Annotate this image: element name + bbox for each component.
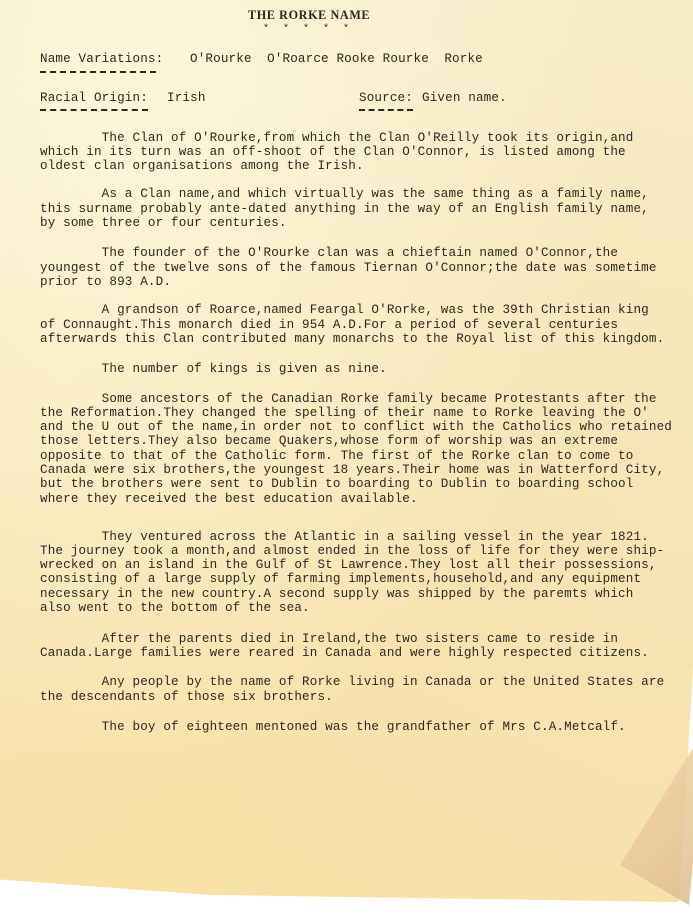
- paragraph-line: the Reformation.They changed the spellin…: [40, 406, 649, 421]
- racial-origin-value: Irish: [167, 91, 206, 106]
- source-underline: [359, 109, 413, 111]
- racial-origin-label: Racial Origin:: [40, 91, 148, 106]
- paragraph-line: necessary in the new country.A second su…: [40, 587, 633, 602]
- paragraph-line: The boy of eighteen mentoned was the gra…: [40, 720, 626, 735]
- paragraph-line: A grandson of Roarce,named Feargal O'Ror…: [40, 303, 649, 318]
- paragraph-line: those letters.They also became Quakers,w…: [40, 434, 618, 449]
- paragraph-line: Canada.Large families were reared in Can…: [40, 646, 649, 661]
- paragraph-line: The journey took a month,and almost ende…: [40, 544, 664, 559]
- paragraph-line: and the U out of the name,in order not t…: [40, 420, 672, 435]
- paragraph-line: Some ancestors of the Canadian Rorke fam…: [40, 392, 657, 407]
- paragraph-line: but the brothers were sent to Dublin to …: [40, 477, 633, 492]
- paragraph-line: this surname probably ante-dated anythin…: [40, 202, 649, 217]
- paragraph-line: consisting of a large supply of farming …: [40, 572, 641, 587]
- paragraph-line: afterwards this Clan contributed many mo…: [40, 332, 664, 347]
- document-title: THE RORKE NAME: [248, 8, 370, 23]
- name-variations-underline: [40, 71, 156, 73]
- paragraph-line: opposite to that of the Catholic form. T…: [40, 449, 633, 464]
- paragraph-line: the descendants of those six brothers.: [40, 690, 333, 705]
- paragraph-line: The Clan of O'Rourke,from which the Clan…: [40, 131, 633, 146]
- source-label: Source:: [359, 91, 413, 106]
- source-value: Given name.: [422, 91, 507, 106]
- paragraph-line: The founder of the O'Rourke clan was a c…: [40, 246, 618, 261]
- paragraph-line: by some three or four centuries.: [40, 216, 287, 231]
- paragraph-line: Any people by the name of Rorke living i…: [40, 675, 664, 690]
- paragraph-line: The number of kings is given as nine.: [40, 362, 387, 377]
- paragraph-line: also went to the bottom of the sea.: [40, 601, 310, 616]
- paragraph-line: which in its turn was an off-shoot of th…: [40, 145, 626, 160]
- paragraph-line: youngest of the twelve sons of the famou…: [40, 261, 657, 276]
- paragraph-line: where they received the best education a…: [40, 492, 418, 507]
- paragraph-line: of Connaught.This monarch died in 954 A.…: [40, 318, 618, 333]
- name-variations-values: O'Rourke O'Roarce Rooke Rourke Rorke: [190, 52, 483, 67]
- paragraph-line: After the parents died in Ireland,the tw…: [40, 632, 618, 647]
- paragraph-line: As a Clan name,and which virtually was t…: [40, 187, 649, 202]
- title-ornament: * * * * *: [263, 22, 353, 37]
- paragraph-line: prior to 893 A.D.: [40, 275, 171, 290]
- paragraph-line: oldest clan organisations among the Iris…: [40, 159, 364, 174]
- paragraph-line: They ventured across the Atlantic in a s…: [40, 530, 649, 545]
- racial-origin-underline: [40, 109, 148, 111]
- name-variations-label: Name Variations:: [40, 52, 163, 67]
- paragraph-line: Canada were six brothers,the youngest 18…: [40, 463, 664, 478]
- paragraph-line: wrecked on an island in the Gulf of St L…: [40, 558, 657, 573]
